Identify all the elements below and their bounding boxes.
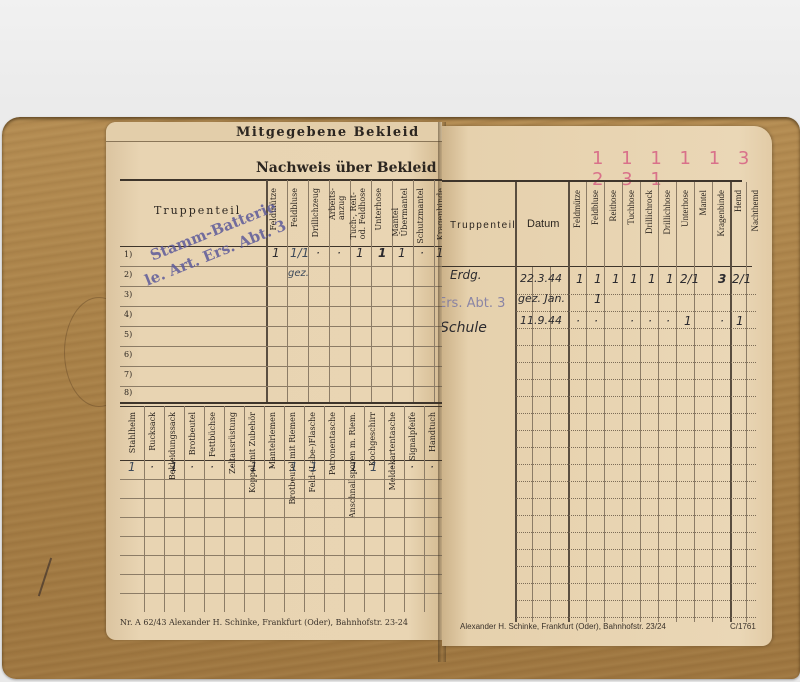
- row-line: [120, 306, 442, 307]
- date-header: Datum: [527, 218, 559, 230]
- dotted-row-line: [516, 515, 756, 516]
- entry-value: ·: [594, 314, 598, 328]
- dotted-row-line: [516, 413, 756, 414]
- handwritten-mark: ·: [316, 246, 320, 260]
- row-number: 7): [124, 370, 132, 379]
- rule: [442, 266, 752, 267]
- row-number: 1): [124, 250, 132, 259]
- col-header: Reithose: [609, 190, 618, 222]
- col-divider: [424, 406, 425, 612]
- handwritten-mark: 1: [250, 460, 258, 474]
- handwritten-mark: ·: [410, 460, 414, 474]
- row-line: [120, 386, 442, 387]
- entry-value: ·: [576, 314, 580, 328]
- rule: [442, 180, 742, 182]
- col-divider: [604, 182, 605, 622]
- col-header: Mantel: [699, 190, 708, 216]
- dotted-row-line: [516, 345, 756, 346]
- row-number: 2): [124, 270, 132, 279]
- rule: [120, 179, 442, 181]
- form-number: C/1761: [730, 622, 756, 631]
- handwritten-mark: ·: [390, 460, 394, 474]
- col-header: Feldbluse: [290, 188, 299, 227]
- col-header: Brotbeutel mit Riemen: [288, 412, 297, 504]
- col-divider: [413, 180, 414, 402]
- dotted-row-line: [516, 600, 756, 601]
- row-number: 6): [124, 350, 132, 359]
- entry-value: 3: [718, 272, 726, 286]
- row-line: [120, 555, 442, 556]
- handwritten-mark: 1: [290, 460, 298, 474]
- row-line: [120, 498, 442, 499]
- col-divider: [244, 406, 245, 612]
- entry-value: 1: [594, 292, 602, 306]
- col-divider: [586, 182, 587, 622]
- col-header: Unterhose: [681, 190, 690, 227]
- dotted-row-line: [516, 464, 756, 465]
- row-line: [120, 366, 442, 367]
- handwritten-mark: 1: [378, 246, 386, 260]
- red-pencil-marks: 1 1 1 1 1 3 2 3 1: [592, 148, 772, 190]
- entry-value: 1: [576, 272, 584, 286]
- col-header: Koppel mit Zubehör: [248, 412, 257, 493]
- col-header: Nachthemd: [751, 190, 760, 231]
- col-header: Signalpfeife: [408, 412, 417, 461]
- dotted-row-line: [516, 396, 756, 397]
- handwritten-mark: ·: [150, 460, 154, 474]
- col-divider: [371, 180, 372, 402]
- col-header: Mantel Übermantel: [391, 188, 409, 236]
- entry-value: 1: [666, 272, 674, 286]
- row-line: [120, 536, 442, 537]
- col-header: Feldmütze: [573, 190, 582, 228]
- col-divider: [622, 182, 623, 622]
- dotted-row-line: [516, 447, 756, 448]
- col-divider: [264, 406, 265, 612]
- handwritten-mark: 1: [350, 460, 358, 474]
- row-number: 5): [124, 330, 132, 339]
- dotted-row-line: [516, 583, 756, 584]
- unit-header: Truppenteil: [450, 220, 516, 231]
- col-header: Drillichhose: [663, 190, 672, 235]
- handwritten-mark: ·: [430, 460, 434, 474]
- dotted-row-line: [516, 532, 756, 533]
- col-header: Handtuch: [428, 412, 437, 452]
- col-header: Kragenbinde: [717, 190, 726, 236]
- col-divider: [694, 182, 695, 622]
- col-divider: [384, 406, 385, 612]
- col-header: Feldbluse: [591, 190, 600, 225]
- col-divider: [515, 182, 517, 622]
- col-header: Arbeits- anzug: [328, 188, 346, 220]
- handwritten-initials: gez.: [288, 268, 309, 279]
- handwritten-mark: 1: [170, 460, 178, 474]
- rule: [120, 406, 442, 407]
- dotted-row-line: [516, 498, 756, 499]
- col-divider: [304, 406, 305, 612]
- row-number: 8): [124, 388, 132, 397]
- col-header: Kochgeschirr: [368, 412, 377, 466]
- row-number: 3): [124, 290, 132, 299]
- entry-value: ·: [666, 314, 670, 328]
- dotted-row-line: [516, 481, 756, 482]
- col-header: Unterhose: [374, 188, 383, 230]
- col-divider: [344, 406, 345, 612]
- col-divider: [568, 182, 570, 622]
- dotted-row-line: [516, 379, 756, 380]
- top-title: Mitgegebene Bekleid: [236, 125, 420, 140]
- entry-value: ·: [630, 314, 634, 328]
- entry-value: 1: [684, 314, 692, 328]
- col-divider: [144, 406, 145, 612]
- dotted-row-line: [516, 566, 756, 567]
- entry-unit: Erdg.: [450, 268, 482, 282]
- col-divider: [364, 406, 365, 612]
- handwritten-mark: 1: [398, 246, 406, 260]
- printer-imprint: Alexander H. Schinke, Frankfurt (Oder), …: [460, 622, 666, 631]
- handwritten-mark: 1: [370, 460, 378, 474]
- handwritten-mark: ·: [210, 460, 214, 474]
- handwritten-mark: 1: [310, 460, 318, 474]
- dotted-row-line: [516, 328, 756, 329]
- row-line: [120, 479, 442, 480]
- col-divider: [284, 406, 285, 612]
- col-header: Tuchhose: [627, 190, 636, 225]
- entry-value: 1: [648, 272, 656, 286]
- col-divider: [434, 180, 435, 402]
- entry-unit: Schule: [442, 320, 487, 336]
- col-divider: [204, 406, 205, 612]
- handwritten-mark: ·: [270, 460, 274, 474]
- entry-value: 1: [630, 272, 638, 286]
- entry-date: 22.3.44: [520, 272, 562, 285]
- col-header: Drillichrock: [645, 190, 654, 234]
- col-header: Drillichzeug: [311, 188, 320, 237]
- left-page: Mitgegebene Bekleid Nachweis über Beklei…: [106, 122, 442, 640]
- col-divider: [676, 182, 677, 622]
- top-strip: Mitgegebene Bekleid: [106, 122, 442, 142]
- col-divider: [308, 180, 309, 402]
- cover-ink-mark: [38, 558, 52, 597]
- entry-value: 1: [594, 272, 602, 286]
- dotted-row-line: [516, 549, 756, 550]
- col-header: Schutzmantel: [416, 188, 425, 244]
- handwritten-mark: ·: [337, 246, 341, 260]
- entry-date: 11.9.44: [520, 314, 562, 327]
- handwritten-mark: ·: [230, 460, 234, 474]
- dotted-row-line: [516, 617, 756, 618]
- entry-value: 2/1: [732, 272, 751, 286]
- col-divider: [287, 180, 288, 402]
- entry-value: ·: [720, 314, 724, 328]
- col-header: Rucksack: [148, 412, 157, 451]
- entry-date: gez. Jan.: [518, 292, 565, 305]
- right-page: 1 1 1 1 1 3 2 3 1 Truppenteil Datum Feld…: [442, 126, 772, 646]
- row-line: [120, 326, 442, 327]
- col-divider: [658, 182, 659, 622]
- page-title: Nachweis über Bekleid: [256, 160, 437, 176]
- handwritten-mark: 1: [272, 246, 280, 260]
- col-divider: [404, 406, 405, 612]
- col-divider: [746, 182, 747, 622]
- dotted-row-line: [516, 362, 756, 363]
- rule: [120, 402, 442, 404]
- handwritten-mark: 1/1: [290, 246, 309, 260]
- col-divider: [730, 182, 732, 622]
- row-line: [120, 593, 442, 594]
- row-line: [120, 286, 442, 287]
- dotted-row-line: [516, 430, 756, 431]
- entry-value: 2/1: [680, 272, 699, 286]
- col-divider: [324, 406, 325, 612]
- entry-value: 1: [612, 272, 620, 286]
- col-divider: [184, 406, 185, 612]
- handwritten-mark: 1: [356, 246, 364, 260]
- col-divider: [712, 182, 713, 622]
- row-line: [120, 346, 442, 347]
- col-divider: [224, 406, 225, 612]
- col-header: Brotbeutel: [188, 412, 197, 455]
- handwritten-mark: ·: [330, 460, 334, 474]
- row-line: [120, 517, 442, 518]
- col-header: Stahlhelm: [128, 412, 137, 453]
- col-divider: [640, 182, 641, 622]
- col-divider: [164, 406, 165, 612]
- entry-value: 1: [736, 314, 744, 328]
- col-header: Tuch-, Reit- od. Feldhose: [349, 188, 367, 239]
- entry-value: ·: [648, 314, 652, 328]
- printer-imprint: Nr. A 62/43 Alexander H. Schinke, Frankf…: [120, 618, 408, 627]
- handwritten-mark: ·: [420, 246, 424, 260]
- col-header: Feld-(Labe-)Flasche: [308, 412, 317, 492]
- col-header: Fettbüchse: [208, 412, 217, 457]
- dotted-row-line: [516, 311, 756, 312]
- col-header: Hemd: [734, 190, 743, 212]
- entry-unit-stamp: Ers. Abt. 3: [442, 296, 505, 311]
- handwritten-mark: 1: [128, 460, 136, 474]
- row-number: 4): [124, 310, 132, 319]
- handwritten-mark: ·: [190, 460, 194, 474]
- row-line: [120, 574, 442, 575]
